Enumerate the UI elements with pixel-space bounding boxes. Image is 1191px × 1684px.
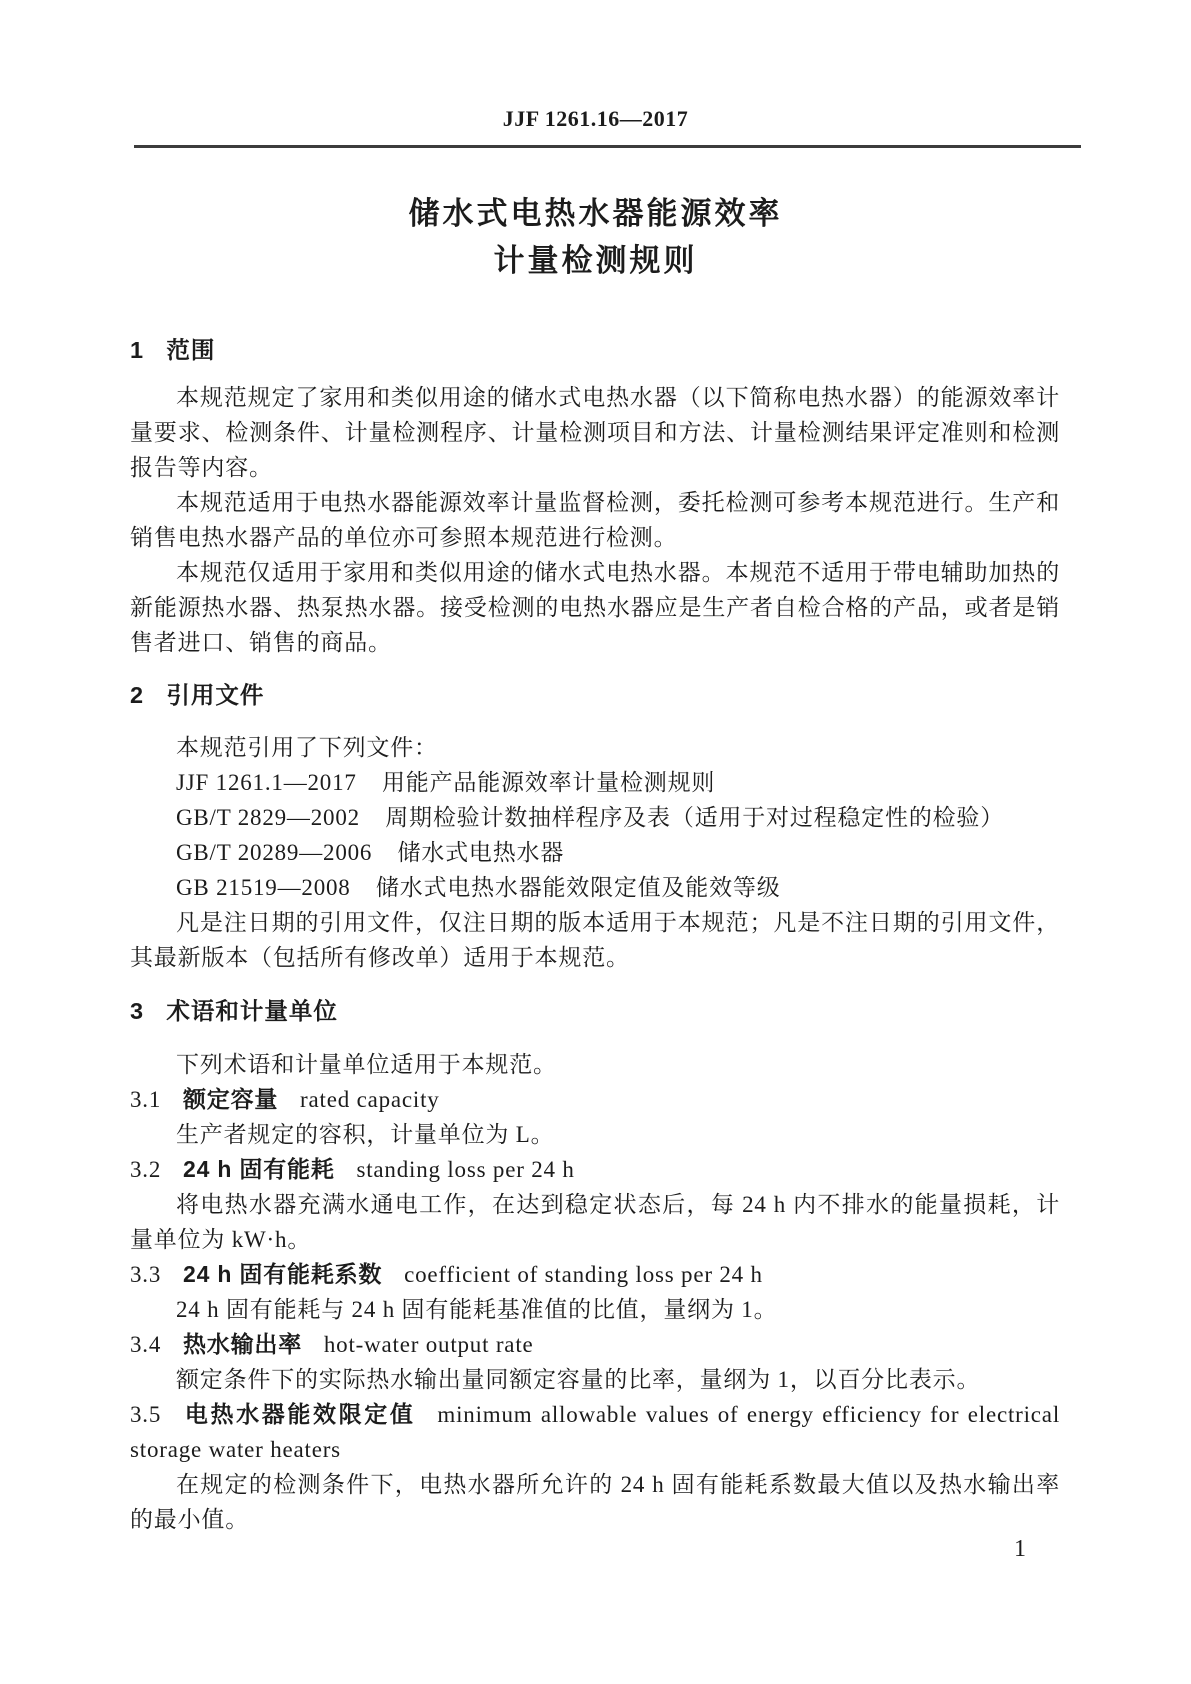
- page-number: 1: [1014, 1536, 1026, 1563]
- term-number: 3.4: [130, 1332, 161, 1357]
- section-label: 术语和计量单位: [166, 998, 338, 1024]
- section-1-heading: 1范围: [130, 333, 1060, 368]
- section-2-intro: 本规范引用了下列文件：: [130, 730, 1060, 765]
- term-definition: 生产者规定的容积，计量单位为 L。: [130, 1117, 1060, 1152]
- doc-title-line-2: 计量检测规则: [0, 237, 1191, 284]
- reference-title: 储水式电热水器能效限定值及能效等级: [376, 875, 781, 900]
- section-number: 1: [130, 337, 144, 363]
- term-zh: 电热水器能效限定值: [183, 1401, 416, 1427]
- term-definition: 额定条件下的实际热水输出量同额定容量的比率，量纲为 1，以百分比表示。: [130, 1362, 1060, 1397]
- term-heading: 3.5电热水器能效限定值minimum allowable values of …: [130, 1397, 1060, 1467]
- reference-item: GB/T 20289—2006储水式电热水器: [176, 835, 1060, 870]
- reference-item: GB 21519—2008储水式电热水器能效限定值及能效等级: [176, 870, 1060, 905]
- term-number: 3.5: [130, 1402, 161, 1427]
- reference-title: 储水式电热水器: [398, 840, 565, 865]
- reference-item: JJF 1261.1—2017用能产品能源效率计量检测规则: [176, 765, 1060, 800]
- section-label: 范围: [166, 337, 215, 363]
- section-2-outro: 凡是注日期的引用文件，仅注日期的版本适用于本规范；凡是不注日期的引用文件，其最新…: [130, 905, 1060, 975]
- section-number: 2: [130, 682, 144, 708]
- term-zh: 24 h 固有能耗: [183, 1156, 335, 1182]
- section-3-intro: 下列术语和计量单位适用于本规范。: [130, 1047, 1060, 1082]
- reference-title: 周期检验计数抽样程序及表（适用于对过程稳定性的检验）: [385, 805, 1004, 830]
- term-heading: 3.1额定容量rated capacity: [130, 1082, 1060, 1117]
- term-definition: 24 h 固有能耗与 24 h 固有能耗基准值的比值，量纲为 1。: [130, 1292, 1060, 1327]
- document-page: JJF 1261.16—2017 储水式电热水器能源效率 计量检测规则 1范围 …: [0, 0, 1191, 1684]
- reference-code: GB 21519—2008: [176, 875, 351, 900]
- term-zh: 额定容量: [183, 1086, 278, 1112]
- section-1-paragraph-1: 本规范规定了家用和类似用途的储水式电热水器（以下简称电热水器）的能源效率计量要求…: [130, 380, 1060, 485]
- term-definition: 将电热水器充满水通电工作，在达到稳定状态后，每 24 h 内不排水的能量损耗，计…: [130, 1187, 1060, 1257]
- reference-title: 用能产品能源效率计量检测规则: [382, 770, 715, 795]
- term-definition: 在规定的检测条件下，电热水器所允许的 24 h 固有能耗系数最大值以及热水输出率…: [130, 1467, 1060, 1537]
- term-zh: 热水输出率: [183, 1331, 302, 1357]
- term-heading: 3.224 h 固有能耗standing loss per 24 h: [130, 1152, 1060, 1187]
- reference-code: JJF 1261.1—2017: [176, 770, 357, 795]
- term-number: 3.1: [130, 1087, 161, 1112]
- header-rule: [134, 145, 1081, 148]
- section-1-paragraph-3: 本规范仅适用于家用和类似用途的储水式电热水器。本规范不适用于带电辅助加热的新能源…: [130, 555, 1060, 660]
- term-en: hot-water output rate: [324, 1332, 534, 1357]
- section-3-heading: 3术语和计量单位: [130, 994, 1060, 1029]
- doc-title-line-1: 储水式电热水器能源效率: [0, 190, 1191, 237]
- term-number: 3.2: [130, 1157, 161, 1182]
- section-number: 3: [130, 998, 144, 1024]
- section-2-heading: 2引用文件: [130, 678, 1060, 713]
- term-en: standing loss per 24 h: [356, 1157, 574, 1182]
- section-1-paragraph-2: 本规范适用于电热水器能源效率计量监督检测，委托检测可参考本规范进行。生产和销售电…: [130, 485, 1060, 555]
- term-number: 3.3: [130, 1262, 161, 1287]
- doc-number: JJF 1261.16—2017: [0, 0, 1191, 132]
- term-heading: 3.4热水输出率hot-water output rate: [130, 1327, 1060, 1362]
- page-content: 1范围 本规范规定了家用和类似用途的储水式电热水器（以下简称电热水器）的能源效率…: [130, 333, 1060, 1537]
- reference-code: GB/T 20289—2006: [176, 840, 372, 865]
- section-label: 引用文件: [166, 682, 264, 708]
- reference-code: GB/T 2829—2002: [176, 805, 360, 830]
- doc-title: 储水式电热水器能源效率 计量检测规则: [0, 190, 1191, 284]
- reference-item: GB/T 2829—2002周期检验计数抽样程序及表（适用于对过程稳定性的检验）: [176, 800, 1060, 835]
- term-zh: 24 h 固有能耗系数: [183, 1261, 382, 1287]
- term-en: rated capacity: [300, 1087, 440, 1112]
- term-en: coefficient of standing loss per 24 h: [404, 1262, 763, 1287]
- term-heading: 3.324 h 固有能耗系数coefficient of standing lo…: [130, 1257, 1060, 1292]
